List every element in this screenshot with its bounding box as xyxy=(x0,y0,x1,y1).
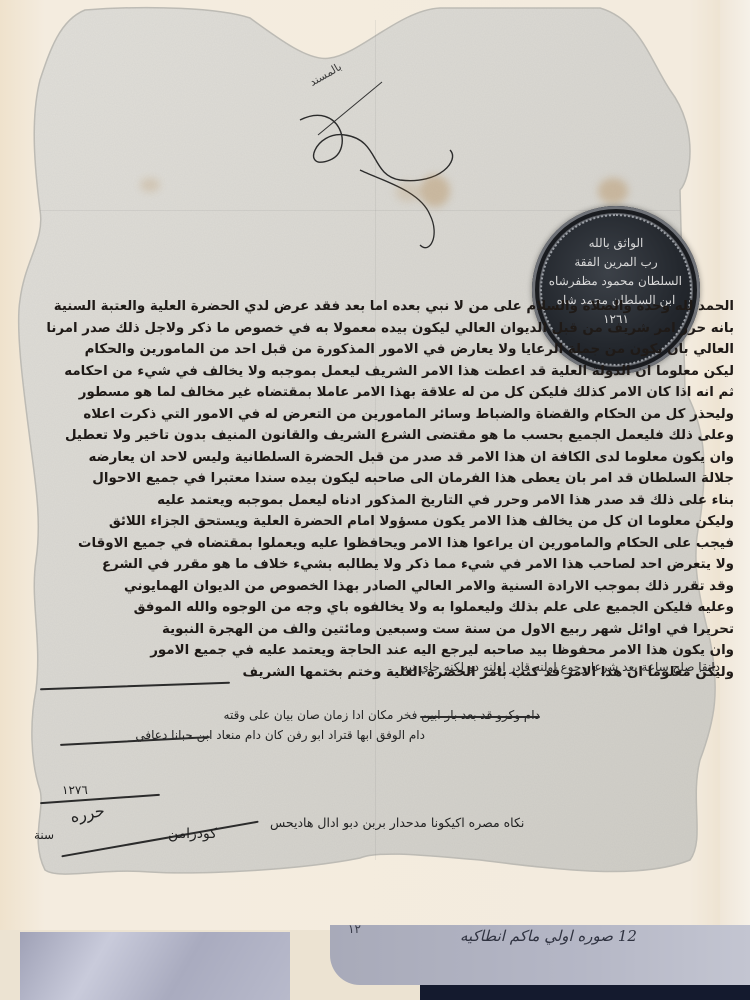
date-numeral: ١٢٧٦ xyxy=(62,783,88,797)
adjacent-document-left xyxy=(20,932,290,1000)
archive-number: ١٢ xyxy=(348,922,361,936)
stain xyxy=(420,175,450,207)
body-line: وليحذر كل من الحكام والقضاة والضباط وسائ… xyxy=(14,404,734,426)
closing-line: دام الوفق ابها قتراد ابو رفن كان دام منع… xyxy=(135,728,425,742)
display-base xyxy=(420,985,750,1000)
body-line: بناء على ذلك قد صدر هذا الامر وحرر في ال… xyxy=(14,490,734,512)
body-line: ثم انه اذا كان الامر كذلك فليكن كل من له… xyxy=(14,382,734,404)
body-line: ولا يتعرض احد لصاحب هذا الامر في شيء مما… xyxy=(14,554,734,576)
side-note: سنة xyxy=(34,828,54,842)
stain xyxy=(395,182,421,202)
seal-line: الواثق بالله xyxy=(550,234,682,253)
body-line: وليكن معلوما ان كل من يخالف هذا الامر يك… xyxy=(14,511,734,533)
body-line: جلالة السلطان قد امر بان يعطى هذا الفرما… xyxy=(14,468,734,490)
flourish-line xyxy=(420,716,540,718)
stain xyxy=(140,178,160,192)
decree-body: الحمد لله وحده والصلاة والسلام على من لا… xyxy=(14,296,734,683)
closing-line: دانقا صلح ساعة بعد شرعا رجوع اولنه قادر … xyxy=(402,660,720,674)
document-paper: بالمسند الواثق بالله رب المرين الفقة الس… xyxy=(0,0,750,930)
seal-line: رب المرين الفقة xyxy=(550,253,682,272)
body-line: فيجب على الحكام والمامورين ان يراعوا هذا… xyxy=(14,533,734,555)
fold-line xyxy=(40,210,680,211)
body-line: وعليه فليكن الجميع على علم بذلك وليعملوا… xyxy=(14,597,734,619)
attestation-line: نكاه مصره اكيكونا مدحدار بربن دبو ادال ه… xyxy=(270,815,524,830)
closing-line: دام وكرو قد بعد بار ابين فخر مكان ادا زم… xyxy=(224,708,540,722)
body-line: ليكن معلوما ان الدولة العلية قد اعطت هذا… xyxy=(14,361,734,383)
body-line: بانه حرر امر شريف من قبل الديوان العالي … xyxy=(14,318,734,340)
body-line: وان يكون هذا الامر محفوظا بيد صاحبه ليرج… xyxy=(14,640,734,662)
body-line: وقد تقرر ذلك بموجب الارادة السنية والامر… xyxy=(14,576,734,598)
place-name: كودرامن xyxy=(168,826,217,842)
archive-note: 12 صوره اولي ماكم انطاكيه xyxy=(460,927,637,945)
body-line: تحريرا في اوائل شهر ربيع الاول من سنة ست… xyxy=(14,619,734,641)
body-line: وعلى ذلك فليعمل الجميع بحسب ما هو مقتضى … xyxy=(14,425,734,447)
seal-line: السلطان محمود مظفرشاه xyxy=(550,272,682,291)
stain xyxy=(598,178,628,204)
body-line: العالي بان يكون من جملة الرعايا ولا يعار… xyxy=(14,339,734,361)
body-line: الحمد لله وحده والصلاة والسلام على من لا… xyxy=(14,296,734,318)
body-line: وان يكون معلوما لدى الكافة ان هذا الامر … xyxy=(14,447,734,469)
